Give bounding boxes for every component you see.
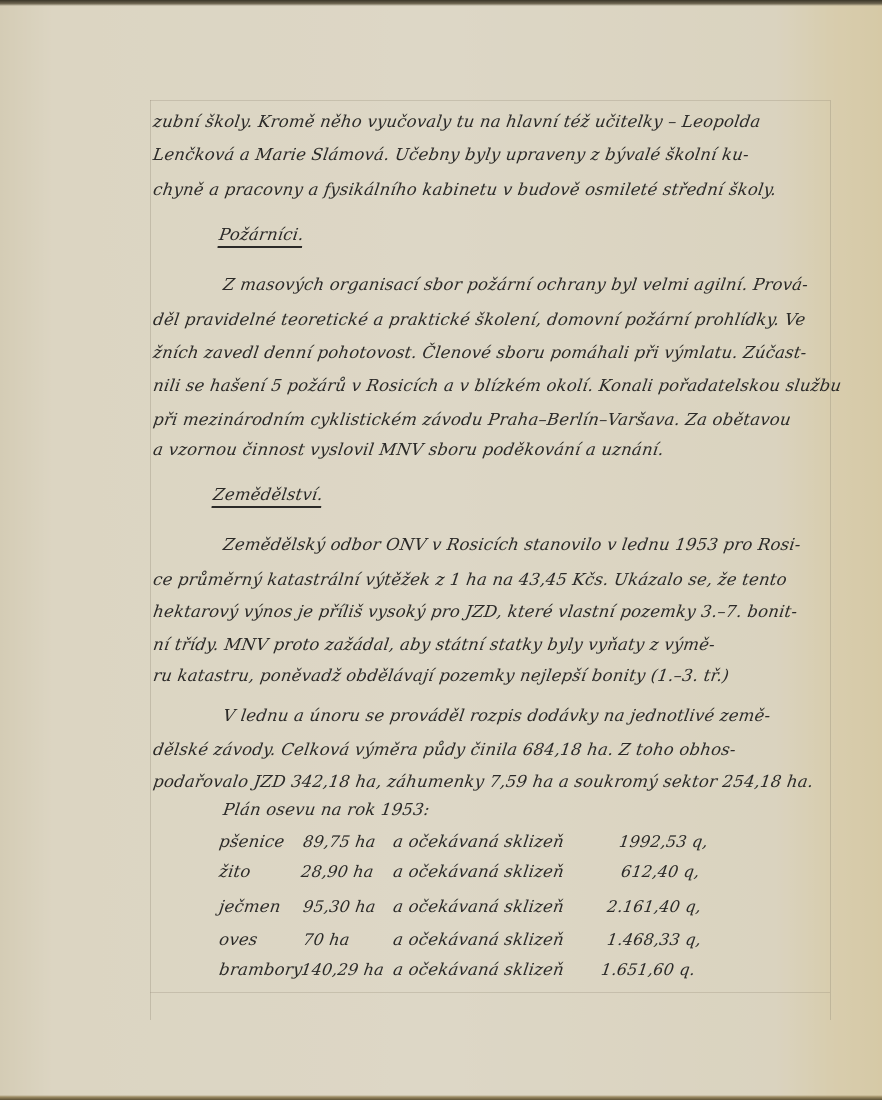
- heading-fire-brigade: Požárníci.: [218, 225, 305, 244]
- plan-area: 95,30 ha: [302, 897, 377, 916]
- plan-area: 28,90 ha: [300, 862, 375, 881]
- bottom-margin-line: [150, 992, 830, 993]
- agri-line-2: ce průměrný katastrální výtěžek z 1 ha n…: [152, 570, 788, 589]
- plan-harvest: 612,40 q,: [620, 862, 701, 881]
- right-margin-line: [830, 100, 831, 1020]
- left-margin-line: [150, 100, 151, 1020]
- plan-crop: brambory: [218, 960, 304, 979]
- plan-harvest: 1.651,60 q.: [600, 960, 697, 979]
- fire-line-5: při mezinárodním cyklistickém závodu Pra…: [152, 410, 792, 429]
- plan-area: 140,29 ha: [300, 960, 385, 979]
- plan-harvest: 1992,53 q,: [618, 832, 709, 851]
- plan-harvest: 1.468,33 q,: [606, 930, 703, 949]
- agri-line-8: podařovalo JZD 342,18 ha, záhumenky 7,59…: [152, 772, 815, 791]
- plan-phrase: a očekávaná sklizeň: [392, 832, 565, 851]
- page-top-edge: [0, 0, 882, 6]
- agri-line-7: dělské závody. Celková výměra půdy činil…: [152, 740, 737, 759]
- heading-agriculture: Zemědělství.: [212, 485, 324, 504]
- agri-line-1: Zemědělský odbor ONV v Rosicích stanovil…: [222, 535, 802, 554]
- document-page: zubní školy. Kromě něho vyučovaly tu na …: [0, 0, 882, 1100]
- intro-line-1: zubní školy. Kromě něho vyučovaly tu na …: [152, 112, 762, 131]
- plan-harvest: 2.161,40 q,: [606, 897, 703, 916]
- plan-phrase: a očekávaná sklizeň: [392, 862, 565, 881]
- plan-area: 89,75 ha: [302, 832, 377, 851]
- plan-crop: žito: [218, 862, 252, 881]
- fire-line-4: nili se hašení 5 požárů v Rosicích a v b…: [152, 376, 843, 395]
- plan-crop: oves: [218, 930, 259, 949]
- agri-line-5: ru katastru, poněvadž obdělávají pozemky…: [152, 666, 730, 685]
- fire-line-2: děl pravidelné teoretické a praktické šk…: [152, 310, 807, 329]
- plan-phrase: a očekávaná sklizeň: [392, 897, 565, 916]
- plan-crop: ječmen: [218, 897, 282, 916]
- plan-phrase: a očekávaná sklizeň: [392, 960, 565, 979]
- plan-crop: pšenice: [218, 832, 286, 851]
- fire-line-1: Z masových organisací sbor požární ochra…: [222, 275, 809, 294]
- page-bottom-edge: [0, 1095, 882, 1100]
- plan-area: 70 ha: [302, 930, 351, 949]
- agri-line-4: ní třídy. MNV proto zažádal, aby státní …: [152, 635, 716, 654]
- intro-line-3: chyně a pracovny a fysikálního kabinetu …: [152, 180, 778, 199]
- agri-line-3: hektarový výnos je příliš vysoký pro JZD…: [152, 602, 799, 621]
- agri-line-6: V lednu a únoru se prováděl rozpis dodáv…: [222, 706, 772, 725]
- fire-line-6: a vzornou činnost vyslovil MNV sboru pod…: [152, 440, 665, 459]
- intro-line-2: Lenčková a Marie Slámová. Učebny byly up…: [152, 145, 750, 164]
- plan-title: Plán osevu na rok 1953:: [222, 800, 431, 819]
- plan-phrase: a očekávaná sklizeň: [392, 930, 565, 949]
- top-margin-line: [150, 100, 830, 101]
- fire-line-3: žních zavedl denní pohotovost. Členové s…: [152, 343, 808, 362]
